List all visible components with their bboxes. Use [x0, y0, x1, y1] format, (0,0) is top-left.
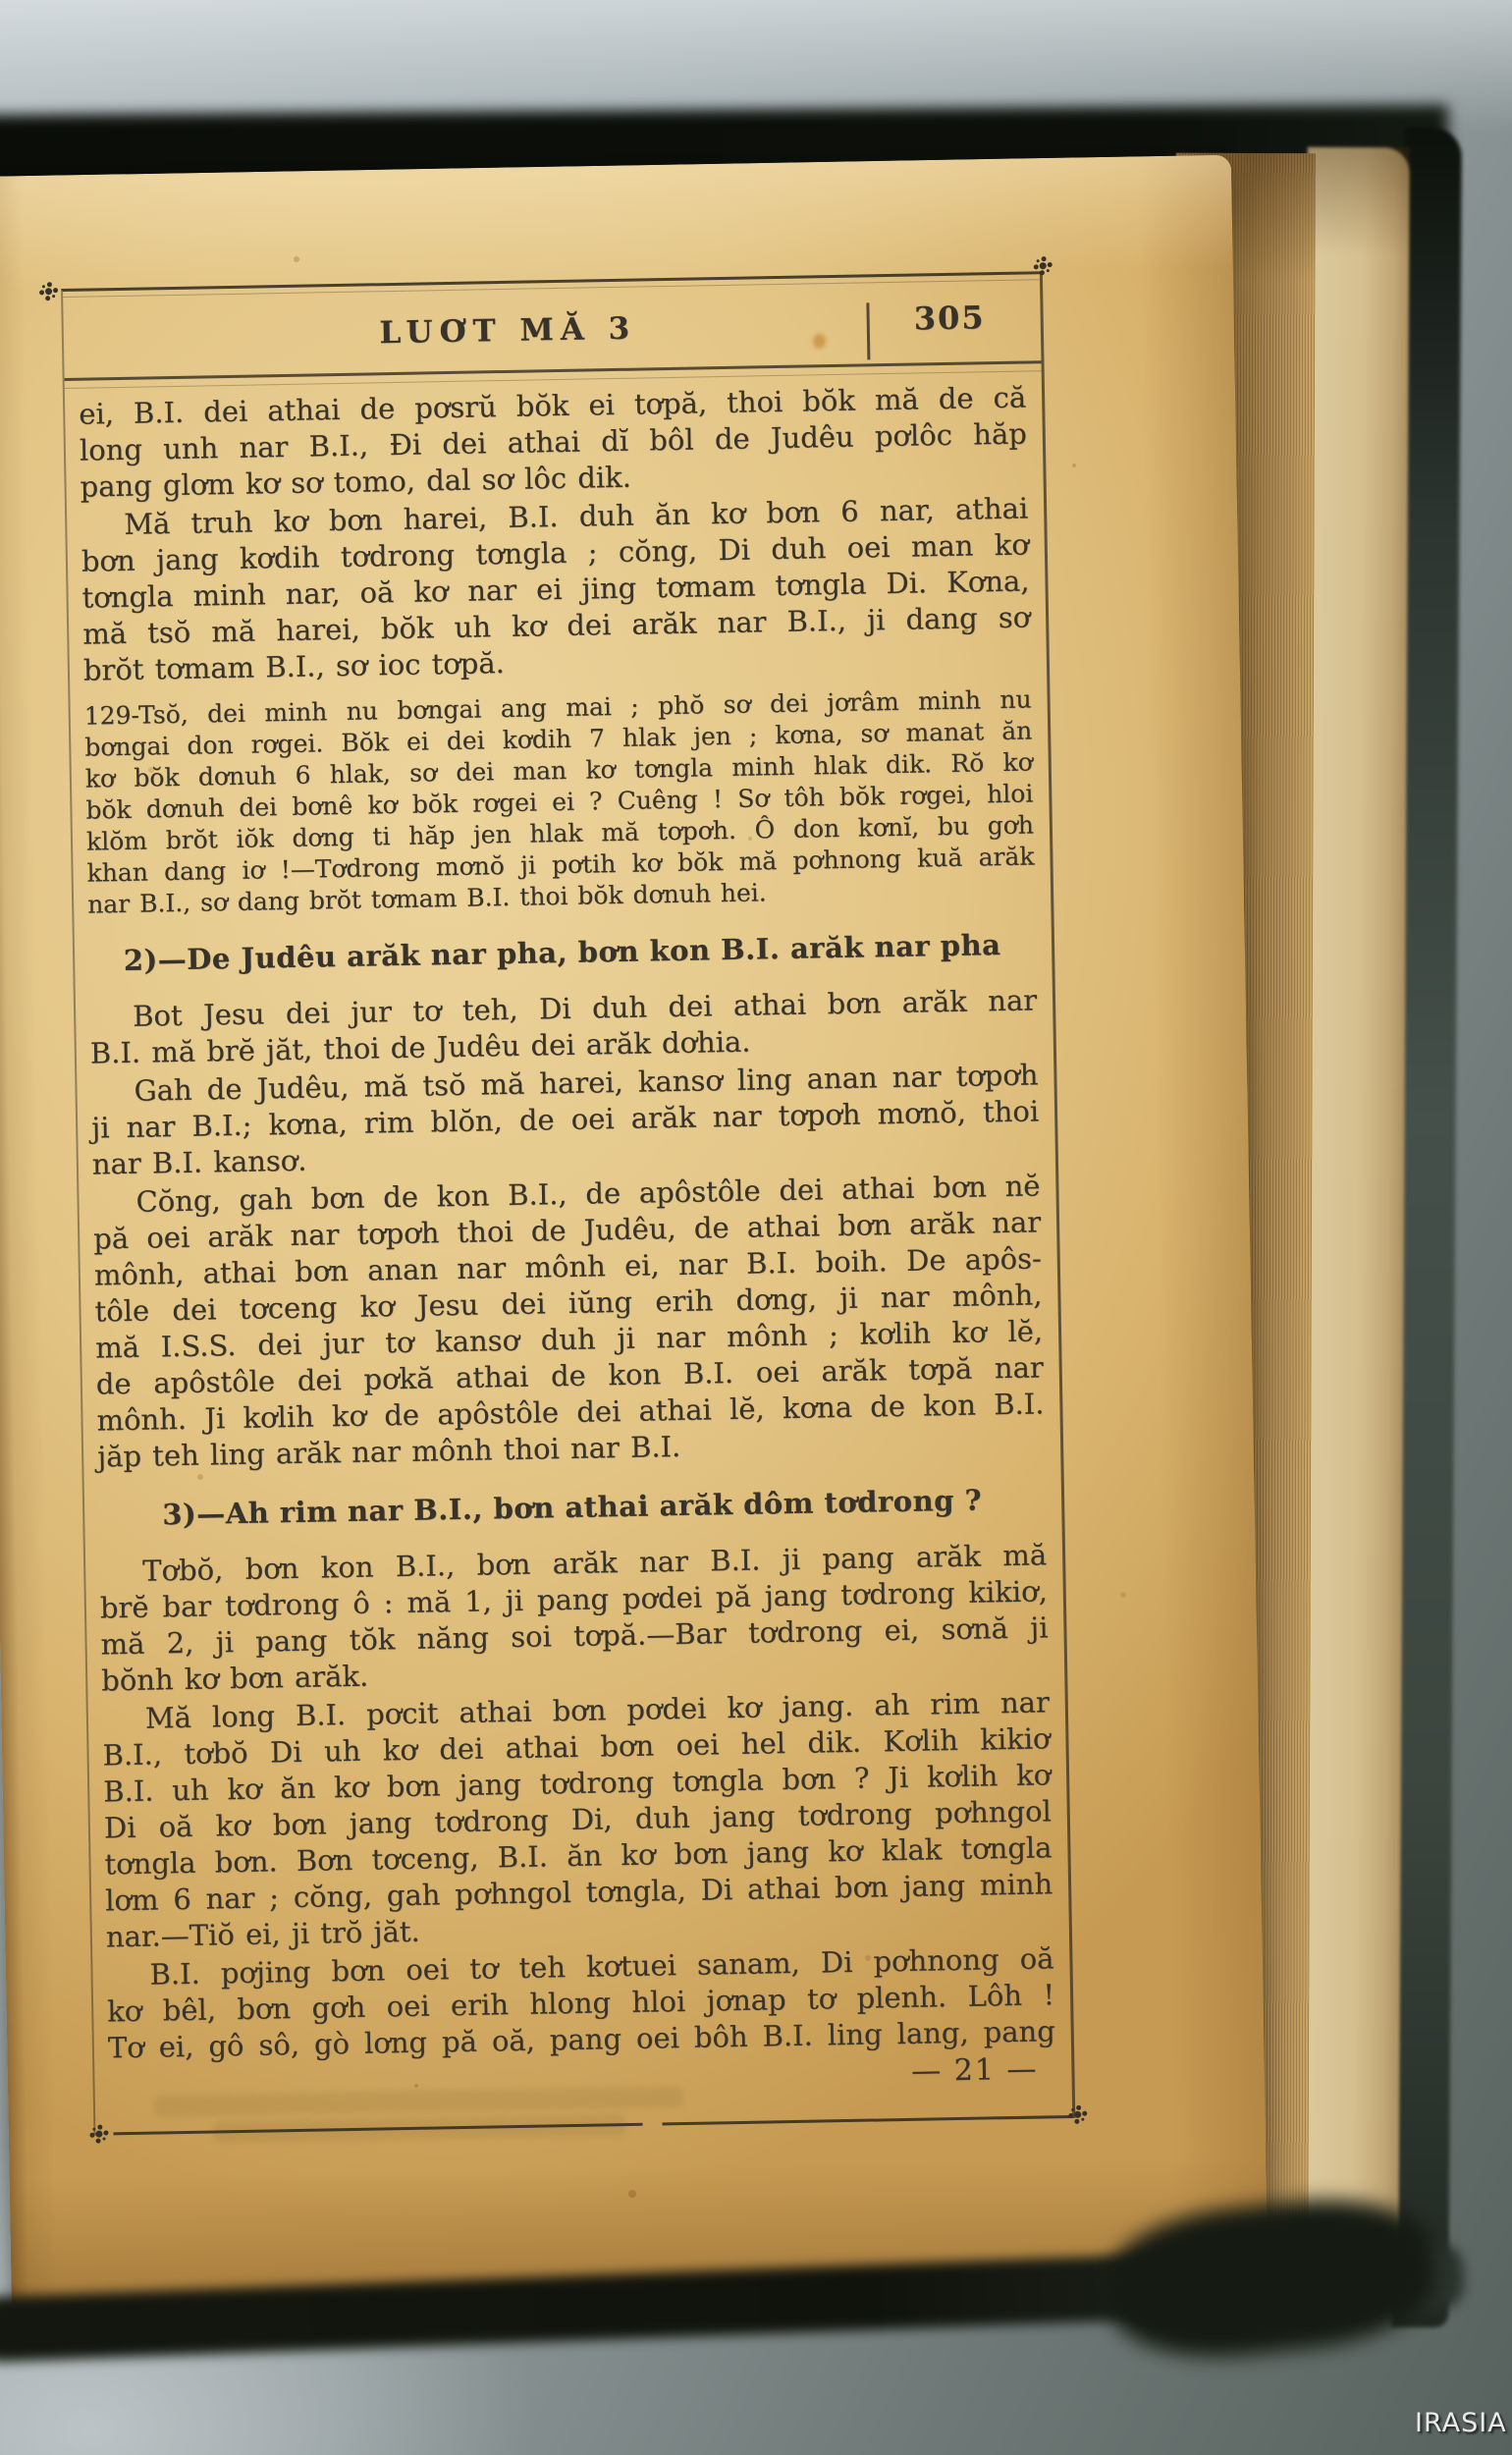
paragraph: Tơbŏ, bơn kon B.I., bơn arăk nar B.I. ji… — [99, 1537, 1049, 1699]
book-scan: LUƠT MĂ 3 305 ei, B.I. dei athai de pơsr… — [0, 0, 1512, 2455]
paper-speckles — [0, 0, 4, 4]
paragraph: Mă truh kơ bơn harei, B.I. duh ăn kơ bơn… — [81, 491, 1031, 689]
fleuron-ornament-icon — [37, 280, 59, 301]
paragraph: 129-Tsŏ, dei minh nu bơngai ang mai ; ph… — [83, 683, 1035, 920]
running-title: LUƠT MĂ 3 — [64, 307, 860, 356]
watermark-label: IRASIA — [1415, 2408, 1507, 2438]
fleuron-ornament-icon — [87, 2122, 109, 2144]
paragraph: ei, B.I. dei athai de pơsrŭ bŏk ei tơpă,… — [79, 380, 1028, 506]
fleuron-ornament-icon — [1032, 254, 1053, 276]
section-heading: 2)—De Judêu arăk nar pha, bơn kon B.I. a… — [88, 927, 1036, 977]
body-text: ei, B.I. dei athai de pơsrŭ bŏk ei tơpă,… — [65, 363, 1071, 2066]
paragraph: Cŏng, gah bơn de kon B.I., de apôstôle d… — [92, 1168, 1045, 1475]
paragraph: Mă long B.I. pơcit athai bơn pơdei kơ ja… — [102, 1684, 1053, 1955]
printed-text-block: LUƠT MĂ 3 305 ei, B.I. dei athai de pơsr… — [61, 271, 1075, 2136]
section-heading: 3)—Ah rim nar B.I., bơn athai arăk dôm t… — [98, 1482, 1046, 1532]
fleuron-ornament-icon — [1066, 2103, 1088, 2125]
text-frame-rules: LUƠT MĂ 3 305 ei, B.I. dei athai de pơsr… — [61, 271, 1075, 2136]
paragraph: B.I. pơjing bơn oei tơ teh kơtuei sanam,… — [106, 1940, 1055, 2066]
paragraph: Bot Jesu dei jur tơ teh, Di duh dei atha… — [89, 982, 1038, 1071]
paragraph: Gah de Judêu, mă tsŏ mă harei, kansơ lin… — [90, 1057, 1040, 1182]
page-number: 305 — [858, 298, 1041, 338]
